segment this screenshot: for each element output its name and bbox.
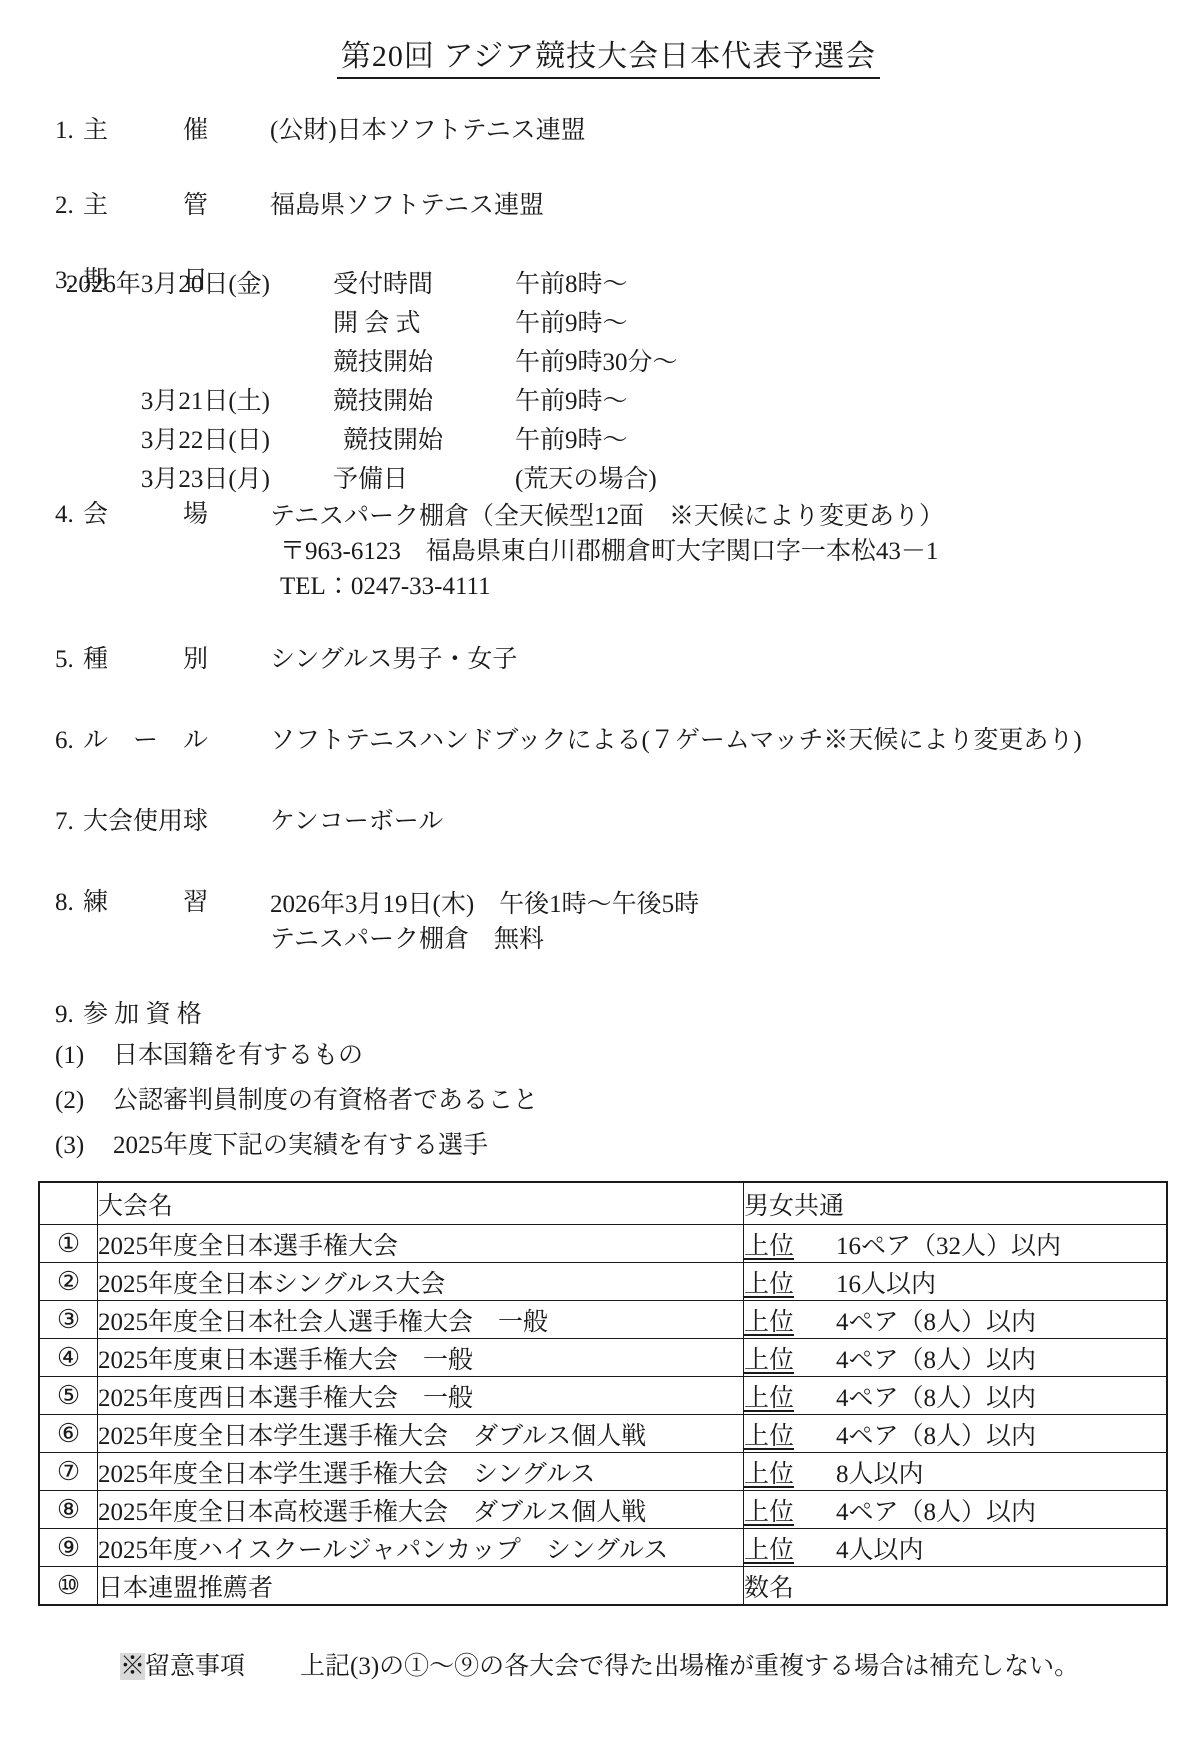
item-number: 1.	[55, 115, 83, 146]
schedule-event: 競技開始	[333, 343, 515, 382]
row-quota: 上位4ペア（8人）以内	[744, 1415, 1168, 1453]
row-no: ⑨	[39, 1529, 98, 1567]
schedule-date: 2026年3月20日(金)	[55, 265, 270, 304]
row-quota: 上位16人以内	[744, 1263, 1168, 1301]
quota-value: 4ペア（8人）以内	[836, 1309, 1036, 1336]
row-event: 2025年度西日本選手権大会 一般	[98, 1377, 744, 1415]
quota-value: 8人以内	[836, 1461, 924, 1488]
schedule-date: 3月21日(土)	[55, 382, 270, 421]
rank-label: 上位	[744, 1309, 794, 1336]
row-event: 2025年度全日本高校選手権大会 ダブルス個人戦	[98, 1491, 744, 1529]
item-host: 1. 主 催 (公財)日本ソフトテニス連盟	[55, 115, 1162, 146]
rank-label: 上位	[744, 1423, 794, 1450]
row-quota: 上位8人以内	[744, 1453, 1168, 1491]
rank-label: 上位	[744, 1385, 794, 1412]
schedule-date	[55, 304, 270, 343]
note: ※留意事項上記(3)の①〜⑨の各大会で得た出場権が重複する場合は補充しない。	[95, 1616, 1162, 1718]
schedule-event: 競技開始	[333, 382, 515, 421]
item-label: 大会使用球	[83, 806, 270, 837]
header-event: 大会名	[98, 1182, 744, 1225]
row-no: ⑩	[39, 1567, 98, 1606]
row-event: 日本連盟推薦者	[98, 1567, 744, 1606]
quota-value: 16ペア（32人）以内	[836, 1233, 1061, 1260]
row-no: ⑦	[39, 1453, 98, 1491]
item-label: 主 催	[83, 115, 270, 146]
schedule: 2026年3月20日(金) 受付時間 午前8時〜 開 会 式 午前9時〜 競技開…	[55, 265, 678, 499]
quota-value: 4ペア（8人）以内	[836, 1347, 1036, 1374]
schedule-date	[55, 343, 270, 382]
item-content: ソフトテニスハンドブックによる(７ゲームマッチ※天候により変更あり)	[270, 725, 1082, 756]
condition-text: 日本国籍を有するもの	[113, 1037, 363, 1075]
row-no: ⑤	[39, 1377, 98, 1415]
item-label: ル ー ル	[83, 725, 270, 756]
rank-label: 上位	[744, 1233, 794, 1260]
schedule-row: 競技開始 午前9時30分〜	[55, 343, 678, 382]
note-label: 留意事項	[145, 1653, 245, 1680]
venue-phone: TEL：0247-33-4111	[270, 569, 944, 604]
item-organizer: 2. 主 管 福島県ソフトテニス連盟	[55, 190, 1162, 221]
eligibility-condition: (1) 日本国籍を有するもの	[55, 1037, 1162, 1075]
item-label: 主 管	[83, 190, 270, 221]
row-no: ②	[39, 1263, 98, 1301]
quota-value: 4ペア（8人）以内	[836, 1499, 1036, 1526]
schedule-event: 競技開始	[333, 421, 515, 460]
eligibility-title: 参 加 資 格	[83, 999, 202, 1030]
item-ball: 7. 大会使用球 ケンコーボール	[55, 806, 1162, 837]
eligibility-heading: 9. 参 加 資 格	[55, 999, 1162, 1030]
quota-value: 4ペア（8人）以内	[836, 1385, 1036, 1412]
condition-marker: (3)	[55, 1127, 113, 1165]
qualification-table: 大会名 男女共通 ① 2025年度全日本選手権大会 上位16ペア（32人）以内 …	[38, 1181, 1168, 1606]
item-number: 6.	[55, 725, 83, 756]
quota-value: 4人以内	[836, 1537, 924, 1564]
row-no: ⑥	[39, 1415, 98, 1453]
row-event: 2025年度全日本シングルス大会	[98, 1263, 744, 1301]
table-row: ⑨ 2025年度ハイスクールジャパンカップ シングルス 上位4人以内	[39, 1529, 1167, 1567]
item-venue: 4. 会 場 テニスパーク棚倉（全天候型12面 ※天候により変更あり） 〒963…	[55, 499, 1162, 604]
row-no: ①	[39, 1225, 98, 1263]
quota-value: 4ペア（8人）以内	[836, 1423, 1036, 1450]
note-text: 上記(3)の①〜⑨の各大会で得た出場権が重複する場合は補充しない。	[300, 1653, 1079, 1680]
schedule-time: 午前9時〜	[515, 382, 628, 421]
venue-name: テニスパーク棚倉（全天候型12面 ※天候により変更あり）	[270, 499, 944, 534]
schedule-date: 3月23日(月)	[55, 460, 270, 499]
row-no: ⑧	[39, 1491, 98, 1529]
schedule-time: (荒天の場合)	[515, 460, 657, 499]
schedule-time: 午前9時〜	[515, 421, 628, 460]
schedule-event: 受付時間	[333, 265, 515, 304]
item-label: 会 場	[83, 499, 270, 604]
item-content: シングルス男子・女子	[270, 644, 517, 675]
item-content: (公財)日本ソフトテニス連盟	[270, 115, 586, 146]
schedule-date: 3月22日(日)	[55, 421, 270, 460]
item-practice: 8. 練 習 2026年3月19日(木) 午後1時〜午後5時 テニスパーク棚倉 …	[55, 887, 1162, 957]
item-rules: 6. ル ー ル ソフトテニスハンドブックによる(７ゲームマッチ※天候により変更…	[55, 725, 1162, 756]
schedule-row: 開 会 式 午前9時〜	[55, 304, 678, 343]
schedule-time: 午前8時〜	[515, 265, 628, 304]
practice-lines: 2026年3月19日(木) 午後1時〜午後5時 テニスパーク棚倉 無料	[270, 887, 699, 957]
schedule-row: 3月23日(月) 予備日 (荒天の場合)	[55, 460, 678, 499]
practice-venue: テニスパーク棚倉 無料	[270, 922, 699, 957]
eligibility-condition: (3) 2025年度下記の実績を有する選手	[55, 1127, 1162, 1165]
item-number: 4.	[55, 499, 83, 604]
table-row: ③ 2025年度全日本社会人選手権大会 一般 上位4ペア（8人）以内	[39, 1301, 1167, 1339]
practice-datetime: 2026年3月19日(木) 午後1時〜午後5時	[270, 887, 699, 922]
schedule-row: 3月21日(土) 競技開始 午前9時〜	[55, 382, 678, 421]
document-page: 第20回 アジア競技大会日本代表予選会 1. 主 催 (公財)日本ソフトテニス連…	[0, 0, 1200, 1748]
table-row: ⑧ 2025年度全日本高校選手権大会 ダブルス個人戦 上位4ペア（8人）以内	[39, 1491, 1167, 1529]
item-content: ケンコーボール	[270, 806, 443, 837]
header-quota: 男女共通	[744, 1182, 1168, 1225]
row-quota: 上位16ペア（32人）以内	[744, 1225, 1168, 1263]
table-row: ① 2025年度全日本選手権大会 上位16ペア（32人）以内	[39, 1225, 1167, 1263]
schedule-event: 予備日	[333, 460, 515, 499]
table-row: ⑦ 2025年度全日本学生選手権大会 シングルス 上位8人以内	[39, 1453, 1167, 1491]
row-no: ④	[39, 1339, 98, 1377]
eligibility-condition: (2) 公認審判員制度の有資格者であること	[55, 1082, 1162, 1120]
table-header-row: 大会名 男女共通	[39, 1182, 1167, 1225]
condition-marker: (1)	[55, 1037, 113, 1075]
item-number: 8.	[55, 887, 83, 957]
rank-label: 上位	[744, 1499, 794, 1526]
table-row: ④ 2025年度東日本選手権大会 一般 上位4ペア（8人）以内	[39, 1339, 1167, 1377]
item-number: 9.	[55, 999, 83, 1030]
note-marker: ※	[120, 1653, 145, 1680]
item-label: 練 習	[83, 887, 270, 957]
rank-label: 上位	[744, 1537, 794, 1564]
rank-label: 上位	[744, 1347, 794, 1374]
item-number: 2.	[55, 190, 83, 221]
row-no: ③	[39, 1301, 98, 1339]
row-quota: 数名	[744, 1567, 1168, 1606]
item-number: 5.	[55, 644, 83, 675]
schedule-row: 3月22日(日) 競技開始 午前9時〜	[55, 421, 678, 460]
page-title: 第20回 アジア競技大会日本代表予選会	[337, 40, 880, 79]
row-quota: 上位4人以内	[744, 1529, 1168, 1567]
condition-text: 2025年度下記の実績を有する選手	[113, 1127, 488, 1165]
item-category: 5. 種 別 シングルス男子・女子	[55, 644, 1162, 675]
row-event: 2025年度東日本選手権大会 一般	[98, 1339, 744, 1377]
row-event: 2025年度全日本選手権大会	[98, 1225, 744, 1263]
schedule-time: 午前9時〜	[515, 304, 628, 343]
row-quota: 上位4ペア（8人）以内	[744, 1377, 1168, 1415]
row-event: 2025年度全日本社会人選手権大会 一般	[98, 1301, 744, 1339]
schedule-time: 午前9時30分〜	[515, 343, 678, 382]
rank-label: 上位	[744, 1461, 794, 1488]
row-event: 2025年度全日本学生選手権大会 ダブルス個人戦	[98, 1415, 744, 1453]
condition-marker: (2)	[55, 1082, 113, 1120]
item-label: 種 別	[83, 644, 270, 675]
item-dates: 3. 期 日 2026年3月20日(金) 受付時間 午前8時〜 開 会 式 午前…	[55, 265, 1162, 499]
venue-lines: テニスパーク棚倉（全天候型12面 ※天候により変更あり） 〒963-6123 福…	[270, 499, 944, 604]
title-wrap: 第20回 アジア競技大会日本代表予選会	[55, 40, 1162, 79]
table-row: ⑩ 日本連盟推薦者 数名	[39, 1567, 1167, 1606]
table-row: ⑥ 2025年度全日本学生選手権大会 ダブルス個人戦 上位4ペア（8人）以内	[39, 1415, 1167, 1453]
row-event: 2025年度ハイスクールジャパンカップ シングルス	[98, 1529, 744, 1567]
row-quota: 上位4ペア（8人）以内	[744, 1491, 1168, 1529]
quota-value: 16人以内	[836, 1271, 936, 1298]
row-event: 2025年度全日本学生選手権大会 シングルス	[98, 1453, 744, 1491]
schedule-event: 開 会 式	[333, 304, 515, 343]
item-number: 7.	[55, 806, 83, 837]
header-no	[39, 1182, 98, 1225]
table-row: ⑤ 2025年度西日本選手権大会 一般 上位4ペア（8人）以内	[39, 1377, 1167, 1415]
rank-label: 上位	[744, 1271, 794, 1298]
condition-text: 公認審判員制度の有資格者であること	[113, 1082, 538, 1120]
quota-value: 数名	[744, 1575, 794, 1602]
row-quota: 上位4ペア（8人）以内	[744, 1301, 1168, 1339]
table-row: ② 2025年度全日本シングルス大会 上位16人以内	[39, 1263, 1167, 1301]
item-content: 福島県ソフトテニス連盟	[270, 190, 544, 221]
row-quota: 上位4ペア（8人）以内	[744, 1339, 1168, 1377]
schedule-row: 2026年3月20日(金) 受付時間 午前8時〜	[55, 265, 678, 304]
venue-address: 〒963-6123 福島県東白川郡棚倉町大字関口字一本松43－1	[270, 534, 944, 569]
